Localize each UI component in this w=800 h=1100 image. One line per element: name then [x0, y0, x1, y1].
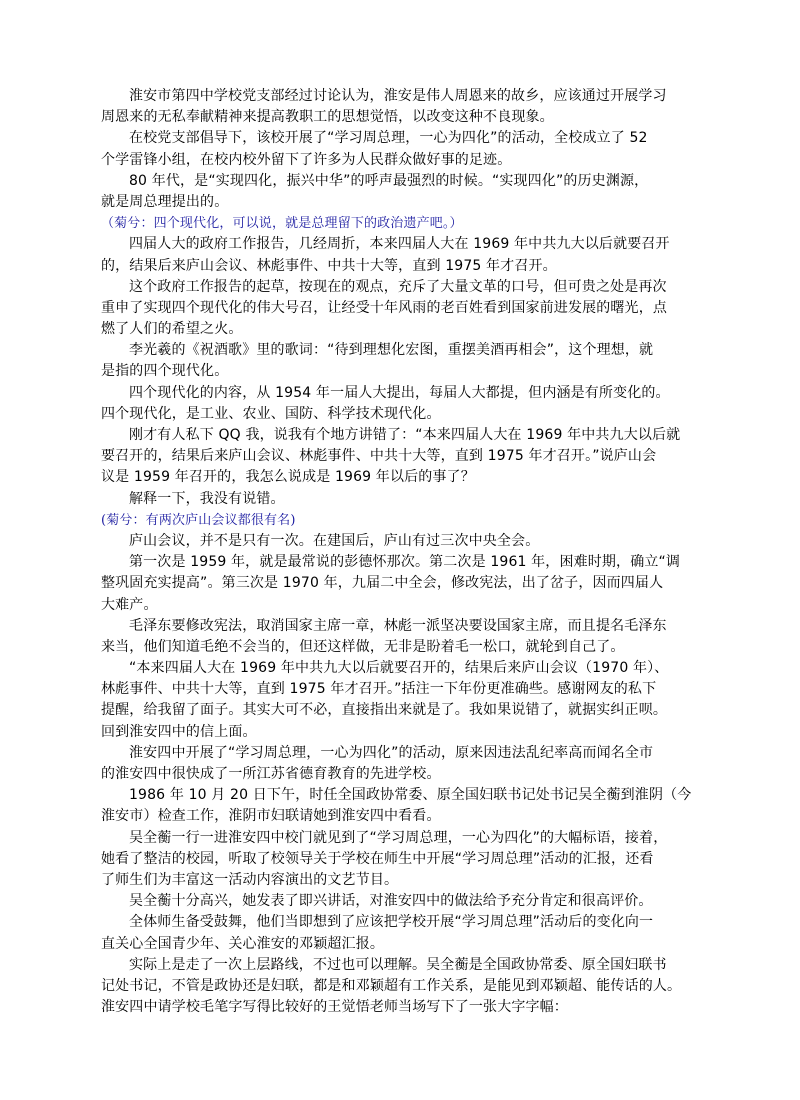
editor-comment: （菊兮：四个现代化，可以说，就是总理留下的政治遗产吧。）	[101, 213, 681, 234]
text-line: (菊兮：有两次庐山会议都很有名)	[101, 510, 681, 531]
paragraph: 第一次是 1959 年，就是最常说的彭德怀那次。第二次是 1961 年，困难时期…	[101, 552, 681, 616]
text-line: 直关心全国青少年、关心淮安的邓颖超汇报。	[101, 934, 681, 955]
text-line: 1986 年 10 月 20 日下午，时任全国政协常委、原全国妇联书记处书记吴全…	[101, 785, 681, 806]
text-line: 淮安市）检查工作，淮阴市妇联请她到淮安四中看看。	[101, 806, 681, 827]
paragraph: 1986 年 10 月 20 日下午，时任全国政协常委、原全国妇联书记处书记吴全…	[101, 785, 681, 827]
text-line: 这个政府工作报告的起草，按现在的观点，充斥了大量文革的口号，但可贵之处是再次	[101, 277, 681, 298]
paragraph: 淮安市第四中学校党支部经过讨论认为，淮安是伟人周恩来的故乡，应该通过开展学习周恩…	[101, 86, 681, 128]
paragraph: 80 年代，是“实现四化，振兴中华”的呼声最强烈的时候。“实现四化”的历史渊源，…	[101, 171, 681, 213]
text-line: 了师生们为丰富这一活动内容演出的文艺节目。	[101, 870, 681, 891]
text-line: 提醒，给我留了面子。其实大可不必，直接指出来就是了。我如果说错了，就据实纠正呗。	[101, 700, 681, 721]
text-line: 记处书记，不管是政协还是妇联，都是和邓颖超有工作关系，是能见到邓颖超、能传话的人…	[101, 976, 681, 997]
paragraph: 解释一下，我没有说错。	[101, 489, 681, 510]
paragraph: 吴全蘅一行一进淮安四中校门就见到了“学习周总理，一心为四化”的大幅标语，接着，她…	[101, 828, 681, 892]
paragraph: 全体师生备受鼓舞，他们当即想到了应该把学校开展“学习周总理”活动后的变化向一直关…	[101, 912, 681, 954]
paragraph: 庐山会议，并不是只有一次。在建国后，庐山有过三次中央全会。	[101, 531, 681, 552]
text-line: 四届人大的政府工作报告，几经周折，本来四届人大在 1969 年中共九大以后就要召…	[101, 234, 681, 255]
text-line: 淮安四中请学校毛笔字写得比较好的王觉悟老师当场写下了一张大字字幅：	[101, 997, 681, 1018]
text-line: 刚才有人私下 QQ 我，说我有个地方讲错了：“本来四届人大在 1969 年中共九…	[101, 425, 681, 446]
text-line: 重申了实现四个现代化的伟大号召，让经受十年风雨的老百姓看到国家前进发展的曙光，点	[101, 298, 681, 319]
text-line: 的淮安四中很快成了一所江苏省德育教育的先进学校。	[101, 764, 681, 785]
text-line: 的，结果后来庐山会议、林彪事件、中共十大等，直到 1975 年才召开。	[101, 256, 681, 277]
paragraph: 淮安四中开展了“学习周总理，一心为四化”的活动，原来因违法乱纪率高而闻名全市的淮…	[101, 743, 681, 785]
text-line: 毛泽东要修改宪法，取消国家主席一章，林彪一派坚决要设国家主席，而且提名毛泽东	[101, 616, 681, 637]
text-line: 淮安四中开展了“学习周总理，一心为四化”的活动，原来因违法乱纪率高而闻名全市	[101, 743, 681, 764]
text-line: 来当，他们知道毛绝不会当的，但还这样做，无非是盼着毛一松口，就轮到自己了。	[101, 637, 681, 658]
text-line: 吴全蘅十分高兴，她发表了即兴讲话，对淮安四中的做法给予充分肯定和很高评价。	[101, 891, 681, 912]
text-line: 庐山会议，并不是只有一次。在建国后，庐山有过三次中央全会。	[101, 531, 681, 552]
paragraph: 李光羲的《祝酒歌》里的歌词：“待到理想化宏图，重摆美酒再相会”，这个理想，就是指…	[101, 340, 681, 382]
text-line: “本来四届人大在 1969 年中共九大以后就要召开的，结果后来庐山会议（1970…	[101, 658, 681, 679]
text-line: 80 年代，是“实现四化，振兴中华”的呼声最强烈的时候。“实现四化”的历史渊源，	[101, 171, 681, 192]
paragraph: 四个现代化的内容，从 1954 年一届人大提出，每届人大都提，但内涵是有所变化的…	[101, 383, 681, 425]
text-line: 周恩来的无私奉献精神来提高教职工的思想觉悟，以改变这种不良现象。	[101, 107, 681, 128]
text-line: 是指的四个现代化。	[101, 361, 681, 382]
text-line: 林彪事件、中共十大等，直到 1975 年才召开。”括注一下年份更准确些。感谢网友…	[101, 679, 681, 700]
paragraph: 实际上是走了一次上层路线，不过也可以理解。吴全蘅是全国政协常委、原全国妇联书记处…	[101, 955, 681, 1019]
text-line: 全体师生备受鼓舞，他们当即想到了应该把学校开展“学习周总理”活动后的变化向一	[101, 912, 681, 933]
text-line: （菊兮：四个现代化，可以说，就是总理留下的政治遗产吧。）	[101, 213, 681, 234]
text-line: 燃了人们的希望之火。	[101, 319, 681, 340]
text-line: 四个现代化的内容，从 1954 年一届人大提出，每届人大都提，但内涵是有所变化的…	[101, 383, 681, 404]
text-line: 整巩固充实提高”。第三次是 1970 年，九届二中全会，修改宪法，出了岔子，因而…	[101, 573, 681, 594]
text-line: 实际上是走了一次上层路线，不过也可以理解。吴全蘅是全国政协常委、原全国妇联书	[101, 955, 681, 976]
text-line: 就是周总理提出的。	[101, 192, 681, 213]
editor-comment: (菊兮：有两次庐山会议都很有名)	[101, 510, 681, 531]
paragraph: 这个政府工作报告的起草，按现在的观点，充斥了大量文革的口号，但可贵之处是再次重申…	[101, 277, 681, 341]
paragraph: 毛泽东要修改宪法，取消国家主席一章，林彪一派坚决要设国家主席，而且提名毛泽东来当…	[101, 616, 681, 658]
paragraph: “本来四届人大在 1969 年中共九大以后就要召开的，结果后来庐山会议（1970…	[101, 658, 681, 743]
paragraph: 刚才有人私下 QQ 我，说我有个地方讲错了：“本来四届人大在 1969 年中共九…	[101, 425, 681, 489]
text-line: 四个现代化，是工业、农业、国防、科学技术现代化。	[101, 404, 681, 425]
text-line: 解释一下，我没有说错。	[101, 489, 681, 510]
paragraph: 吴全蘅十分高兴，她发表了即兴讲话，对淮安四中的做法给予充分肯定和很高评价。	[101, 891, 681, 912]
text-line: 个学雷锋小组，在校内校外留下了许多为人民群众做好事的足迹。	[101, 150, 681, 171]
text-line: 淮安市第四中学校党支部经过讨论认为，淮安是伟人周恩来的故乡，应该通过开展学习	[101, 86, 681, 107]
text-line: 议是 1959 年召开的，我怎么说成是 1969 年以后的事了？	[101, 467, 681, 488]
text-line: 在校党支部倡导下，该校开展了“学习周总理，一心为四化”的活动，全校成立了 52	[101, 128, 681, 149]
text-line: 回到淮安四中的信上面。	[101, 722, 681, 743]
paragraph: 四届人大的政府工作报告，几经周折，本来四届人大在 1969 年中共九大以后就要召…	[101, 234, 681, 276]
paragraph: 在校党支部倡导下，该校开展了“学习周总理，一心为四化”的活动，全校成立了 52个…	[101, 128, 681, 170]
text-line: 大难产。	[101, 595, 681, 616]
document-body: 淮安市第四中学校党支部经过讨论认为，淮安是伟人周恩来的故乡，应该通过开展学习周恩…	[101, 86, 681, 1018]
text-line: 李光羲的《祝酒歌》里的歌词：“待到理想化宏图，重摆美酒再相会”，这个理想，就	[101, 340, 681, 361]
text-line: 她看了整洁的校园，听取了校领导关于学校在师生中开展“学习周总理”活动的汇报，还看	[101, 849, 681, 870]
text-line: 第一次是 1959 年，就是最常说的彭德怀那次。第二次是 1961 年，困难时期…	[101, 552, 681, 573]
text-line: 吴全蘅一行一进淮安四中校门就见到了“学习周总理，一心为四化”的大幅标语，接着，	[101, 828, 681, 849]
text-line: 要召开的，结果后来庐山会议、林彪事件、中共十大等，直到 1975 年才召开。”说…	[101, 446, 681, 467]
